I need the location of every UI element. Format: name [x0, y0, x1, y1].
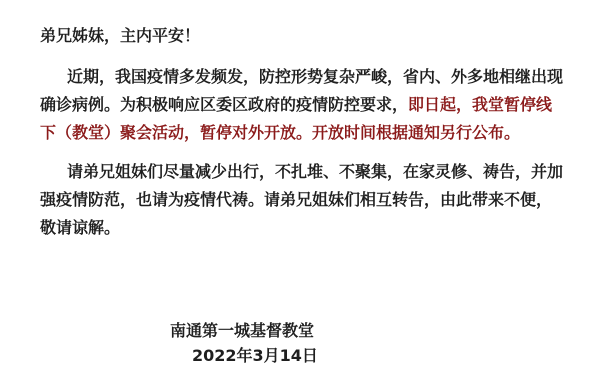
highlight-text: 下（教堂）聚会活动，暂停对外开放。开放时间根据通知另行公布。 [40, 119, 560, 147]
signature-date: 2022年3月14日 [192, 345, 318, 367]
highlight-text: 即日起，我堂暂停线 [408, 95, 552, 114]
paragraph-line: 请弟兄姐妹们尽量减少出行，不扎堆、不聚集，在家灵修、祷告，并加 [40, 158, 560, 186]
signature-organization: 南通第一城基督教堂 [170, 320, 314, 342]
paragraph-line: 强疫情防范，也请为疫情代祷。请弟兄姐妹们相互转告，由此带来不便， [40, 186, 560, 214]
paragraph-line: 敬请谅解。 [40, 214, 560, 242]
paragraph-line: 确诊病例。为积极响应区委区政府的疫情防控要求，即日起，我堂暂停线 [40, 91, 560, 119]
paragraph-request: 请弟兄姐妹们尽量减少出行，不扎堆、不聚集，在家灵修、祷告，并加 强疫情防范，也请… [40, 158, 560, 242]
greeting: 弟兄姊妹，主内平安！ [40, 25, 200, 47]
paragraph-line: 近期，我国疫情多发频发，防控形势复杂严峻，省内、外多地相继出现 [40, 63, 560, 91]
paragraph-text: 确诊病例。为积极响应区委区政府的疫情防控要求， [40, 95, 408, 114]
paragraph-announcement: 近期，我国疫情多发频发，防控形势复杂严峻，省内、外多地相继出现 确诊病例。为积极… [40, 63, 560, 147]
